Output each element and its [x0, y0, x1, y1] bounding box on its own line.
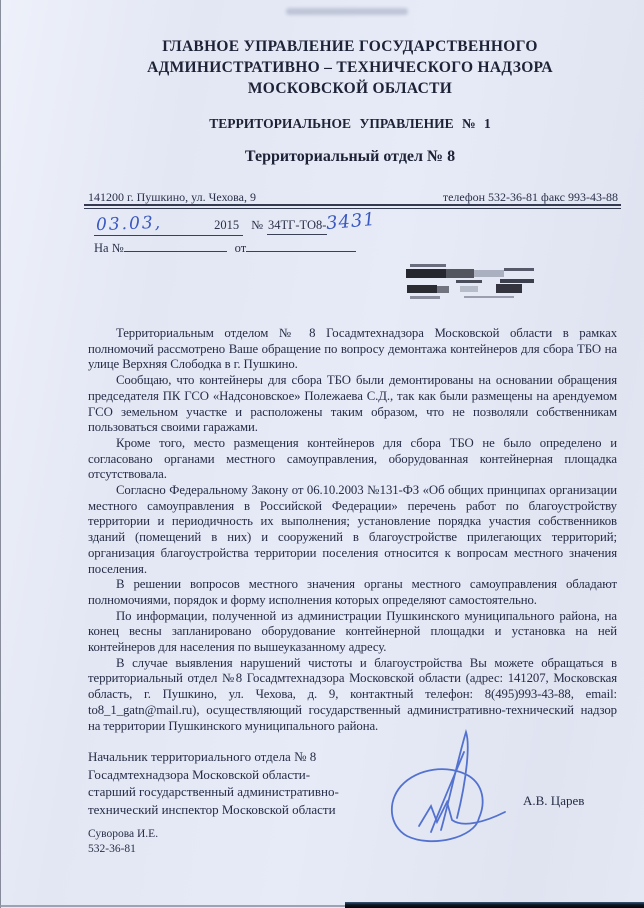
redaction-bar [474, 270, 504, 277]
paragraph-7: В случае выявления нарушений чистоты и б… [88, 656, 617, 735]
number-sign: № [251, 218, 263, 233]
territorial-administration-title: ТЕРРИТОРИАЛЬНОЕ УПРАВЛЕНИЕ № 1 [80, 116, 620, 132]
paragraph-4: Согласно Федеральному Закону от 06.10.20… [88, 483, 617, 577]
redaction-bar [446, 269, 474, 278]
redacted-addressee-block [404, 263, 536, 303]
signer-position-line-3: старший государственный административно- [88, 783, 339, 801]
paragraph-6: По информации, полученной из администрац… [88, 609, 617, 656]
year-label: 2015 [214, 218, 239, 233]
handwritten-number: 3431 [326, 209, 377, 234]
paragraph-2: Сообщаю, что контейнеры для сбора ТБО бы… [88, 373, 617, 436]
na-no-label: На № [94, 241, 124, 256]
redaction-bar [464, 296, 514, 298]
signer-position-line-4: технический инспектор Московской области [88, 801, 339, 819]
executor-block: Суворова И.Е. 532-36-81 [88, 827, 158, 856]
redaction-bar [504, 268, 534, 271]
redaction-bar [500, 279, 534, 283]
scan-artifact-smudge [286, 8, 408, 15]
redaction-bar [407, 285, 437, 293]
territorial-department-title: Территориальный отдел № 8 [80, 148, 620, 166]
redaction-bar [460, 286, 478, 292]
date-field: 03.03, 2015 [94, 214, 243, 236]
redaction-bar [456, 280, 482, 283]
paragraph-3: Кроме того, место размещения контейнеров… [88, 436, 617, 483]
redaction-bar [496, 284, 522, 293]
incoming-date-blank [246, 239, 356, 252]
scan-edge-bottom-left [0, 905, 350, 907]
letter-body: Территориальным отделом № 8 Госадмтехнад… [88, 326, 617, 734]
contact-row: 141200 г. Пушкино, ул. Чехова, 9 телефон… [88, 190, 618, 205]
org-name-line-2: АДМИНИСТРАТИВНО – ТЕХНИЧЕСКОГО НАДЗОРА [80, 57, 620, 78]
header-divider [84, 204, 621, 209]
signer-name: А.В. Царев [523, 793, 584, 809]
org-name-line-3: МОСКОВСКОЙ ОБЛАСТИ [80, 78, 620, 99]
incoming-number-row: На № от [94, 239, 376, 256]
handwritten-date: 03.03, [96, 213, 163, 235]
ot-label: от [235, 241, 247, 256]
signer-position-block: Начальник территориального отдела № 8 Го… [88, 748, 339, 818]
redaction-bar [410, 296, 440, 299]
handwritten-signature [383, 726, 533, 850]
redaction-bar [406, 269, 446, 278]
signer-position-line-1: Начальник территориального отдела № 8 [88, 748, 339, 766]
outgoing-number-row: 03.03, 2015 № 34ТГ-ТО8- 3431 [94, 213, 376, 235]
scanned-letter-page: ГЛАВНОЕ УПРАВЛЕНИЕ ГОСУДАРСТВЕННОГО АДМИ… [0, 0, 644, 908]
org-phones: телефон 532-36-81 факс 993-43-88 [443, 190, 618, 205]
scan-edge-line [0, 0, 1, 908]
redaction-bar [437, 286, 449, 293]
signer-position-line-2: Госадмтехнадзора Московской области- [88, 766, 339, 784]
incoming-number-blank [124, 239, 227, 252]
executor-name: Суворова И.Е. [88, 827, 158, 842]
redaction-bar [410, 264, 446, 267]
org-name: ГЛАВНОЕ УПРАВЛЕНИЕ ГОСУДАРСТВЕННОГО АДМИ… [80, 36, 620, 99]
org-address: 141200 г. Пушкино, ул. Чехова, 9 [88, 190, 256, 205]
executor-phone: 532-36-81 [88, 842, 158, 857]
reference-block: 03.03, 2015 № 34ТГ-ТО8- 3431 На № от [94, 213, 376, 256]
org-name-line-1: ГЛАВНОЕ УПРАВЛЕНИЕ ГОСУДАРСТВЕННОГО [80, 36, 620, 57]
scan-edge-bottom-right [345, 902, 644, 908]
paragraph-5: В решении вопросов местного значения орг… [88, 577, 617, 608]
number-prefix: 34ТГ-ТО8- [267, 218, 327, 235]
paragraph-1: Территориальным отделом № 8 Госадмтехнад… [88, 326, 617, 373]
letterhead: ГЛАВНОЕ УПРАВЛЕНИЕ ГОСУДАРСТВЕННОГО АДМИ… [80, 36, 620, 166]
